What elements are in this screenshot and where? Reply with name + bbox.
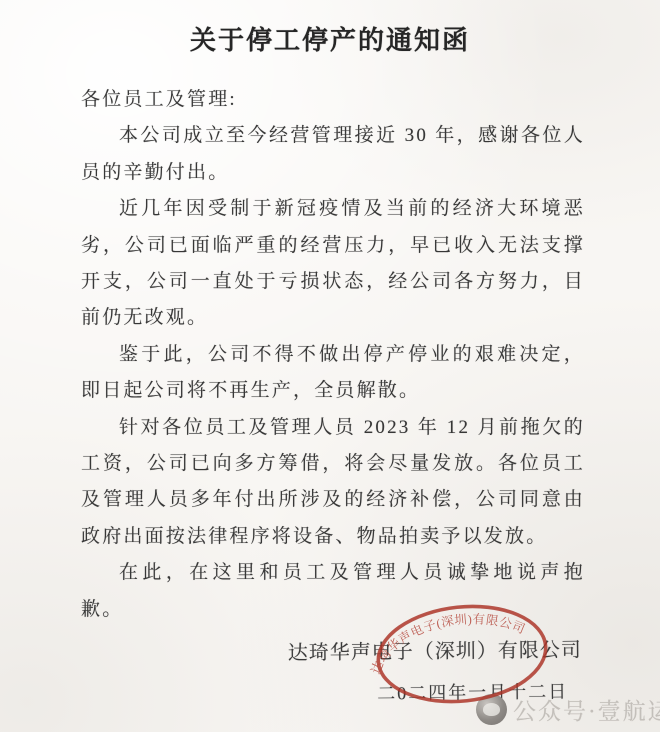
paragraph-1: 本公司成立至今经营管理接近 30 年，感谢各位人员的辛勤付出。	[81, 118, 585, 191]
document-title: 关于停工停产的通知函	[0, 20, 660, 57]
paragraph-2: 近几年因受制于新冠疫情及当前的经济大环境恶劣，公司已面临严重的经营压力，早已收入…	[81, 191, 585, 337]
paragraph-4: 针对各位员工及管理人员 2023 年 12 月前拖欠的工资，公司已向多方筹借，将…	[81, 410, 585, 556]
yihangyun-logo-icon	[476, 694, 507, 725]
watermark: 公众号·壹航运	[476, 693, 660, 726]
company-name: 达琦华声电子（深圳）有限公司	[0, 633, 660, 669]
paragraph-3: 鉴于此，公司不得不做出停产停业的艰难决定，即日起公司将不再生产，全员解散。	[81, 337, 585, 410]
paragraph-5: 在此，在这里和员工及管理人员诚挚地说声抱歉。	[81, 555, 585, 628]
watermark-text: 公众号·壹航运	[513, 693, 660, 726]
document-photo: 关于停工停产的通知函 各位员工及管理: 本公司成立至今经营管理接近 30 年，感…	[0, 0, 660, 732]
document-body: 各位员工及管理: 本公司成立至今经营管理接近 30 年，感谢各位人员的辛勤付出。…	[81, 82, 585, 628]
salutation: 各位员工及管理:	[81, 82, 585, 118]
